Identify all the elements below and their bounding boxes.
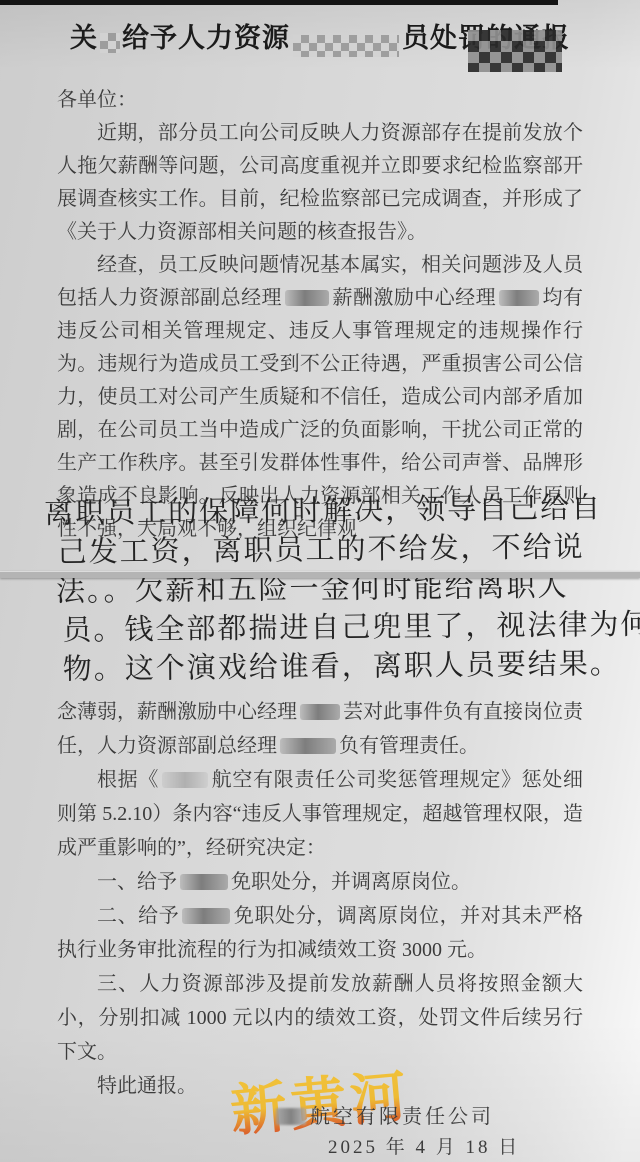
handwriting-line: 物。这个演戏给谁看，离职人员要结果。 — [41, 645, 629, 690]
redacted-name — [285, 290, 329, 306]
redacted-company-prefix — [276, 1108, 306, 1125]
decision2-text-a: 二、给予 — [97, 905, 179, 927]
findings-text-b: 薪酬激励中心经理 — [332, 287, 496, 309]
redacted-name — [499, 290, 539, 306]
notice-body-lower: 念薄弱，薪酬激励中心经理芸对此事件负有直接岗位责任，人力资源部副总经理负有管理责… — [57, 695, 583, 1103]
redacted-name — [300, 704, 340, 720]
redacted-company-name — [162, 772, 208, 788]
salutation: 各单位： — [57, 84, 583, 117]
handwritten-complaint: 离职员工的保障何时解决，领导自己给自 己发工资，离职员工的不给发，不给说 法。。… — [39, 489, 629, 690]
redaction-mosaic-icon — [468, 30, 562, 72]
responsibility-text-a: 念薄弱，薪酬激励中心经理 — [57, 701, 297, 723]
decision1-text-b: 免职处分，并调离原岗位。 — [231, 871, 471, 893]
redacted-name — [182, 908, 230, 924]
company-name-text: 航空有限责任公司 — [310, 1106, 494, 1128]
redaction-mosaic-icon — [293, 35, 399, 57]
photo-top-edge — [0, 0, 558, 5]
paragraph-responsibility: 念薄弱，薪酬激励中心经理芸对此事件负有直接岗位责任，人力资源部副总经理负有管理责… — [57, 695, 583, 763]
stitch-seam-divider — [0, 571, 640, 578]
decision-item-3: 三、人力资源部涉及提前发放薪酬人员将按照金额大小，分别扣减 1000 元以内的绩… — [57, 967, 583, 1069]
handwriting-line: 己发工资，离职员工的不给发，不给说 — [39, 528, 627, 573]
title-text-1: 关 — [70, 23, 98, 53]
decision-item-1: 一、给予免职处分，并调离原岗位。 — [57, 865, 583, 899]
handwriting-line: 离职员工的保障何时解决，领导自己给自 — [39, 489, 627, 534]
decision-item-2: 二、给予免职处分，调离原岗位，并对其未严格执行业务审批流程的行为扣减绩效工资 3… — [57, 899, 583, 967]
document-photo: 关给予人力资源员处罚的通报 各单位： 近期，部分员工向公司反映人力资源部存在提前… — [0, 0, 640, 1162]
title-text-2: 给予人力资源 — [122, 23, 290, 53]
notice-body-upper: 各单位： 近期，部分员工向公司反映人力资源部存在提前发放个人拖欠薪酬等问题，公司… — [57, 84, 583, 546]
redaction-mosaic-icon — [100, 33, 120, 53]
responsibility-text-c: 负有管理责任。 — [339, 735, 479, 757]
decision1-text-a: 一、给予 — [97, 871, 177, 893]
redacted-name — [280, 738, 336, 754]
paragraph-investigation: 近期，部分员工向公司反映人力资源部存在提前发放个人拖欠薪酬等问题，公司高度重视并… — [57, 117, 583, 249]
redacted-name — [180, 874, 228, 890]
regulation-text-a: 根据《 — [97, 769, 159, 791]
signature-date: 2025 年 4 月 18 日 — [328, 1132, 520, 1159]
handwriting-line: 员。钱全部都揣进自己兜里了，视法律为何 — [40, 606, 628, 651]
paragraph-regulation: 根据《航空有限责任公司奖惩管理规定》惩处细则第 5.2.10）条内容“违反人事管… — [57, 763, 583, 865]
signature-company: 航空有限责任公司 — [276, 1100, 494, 1129]
